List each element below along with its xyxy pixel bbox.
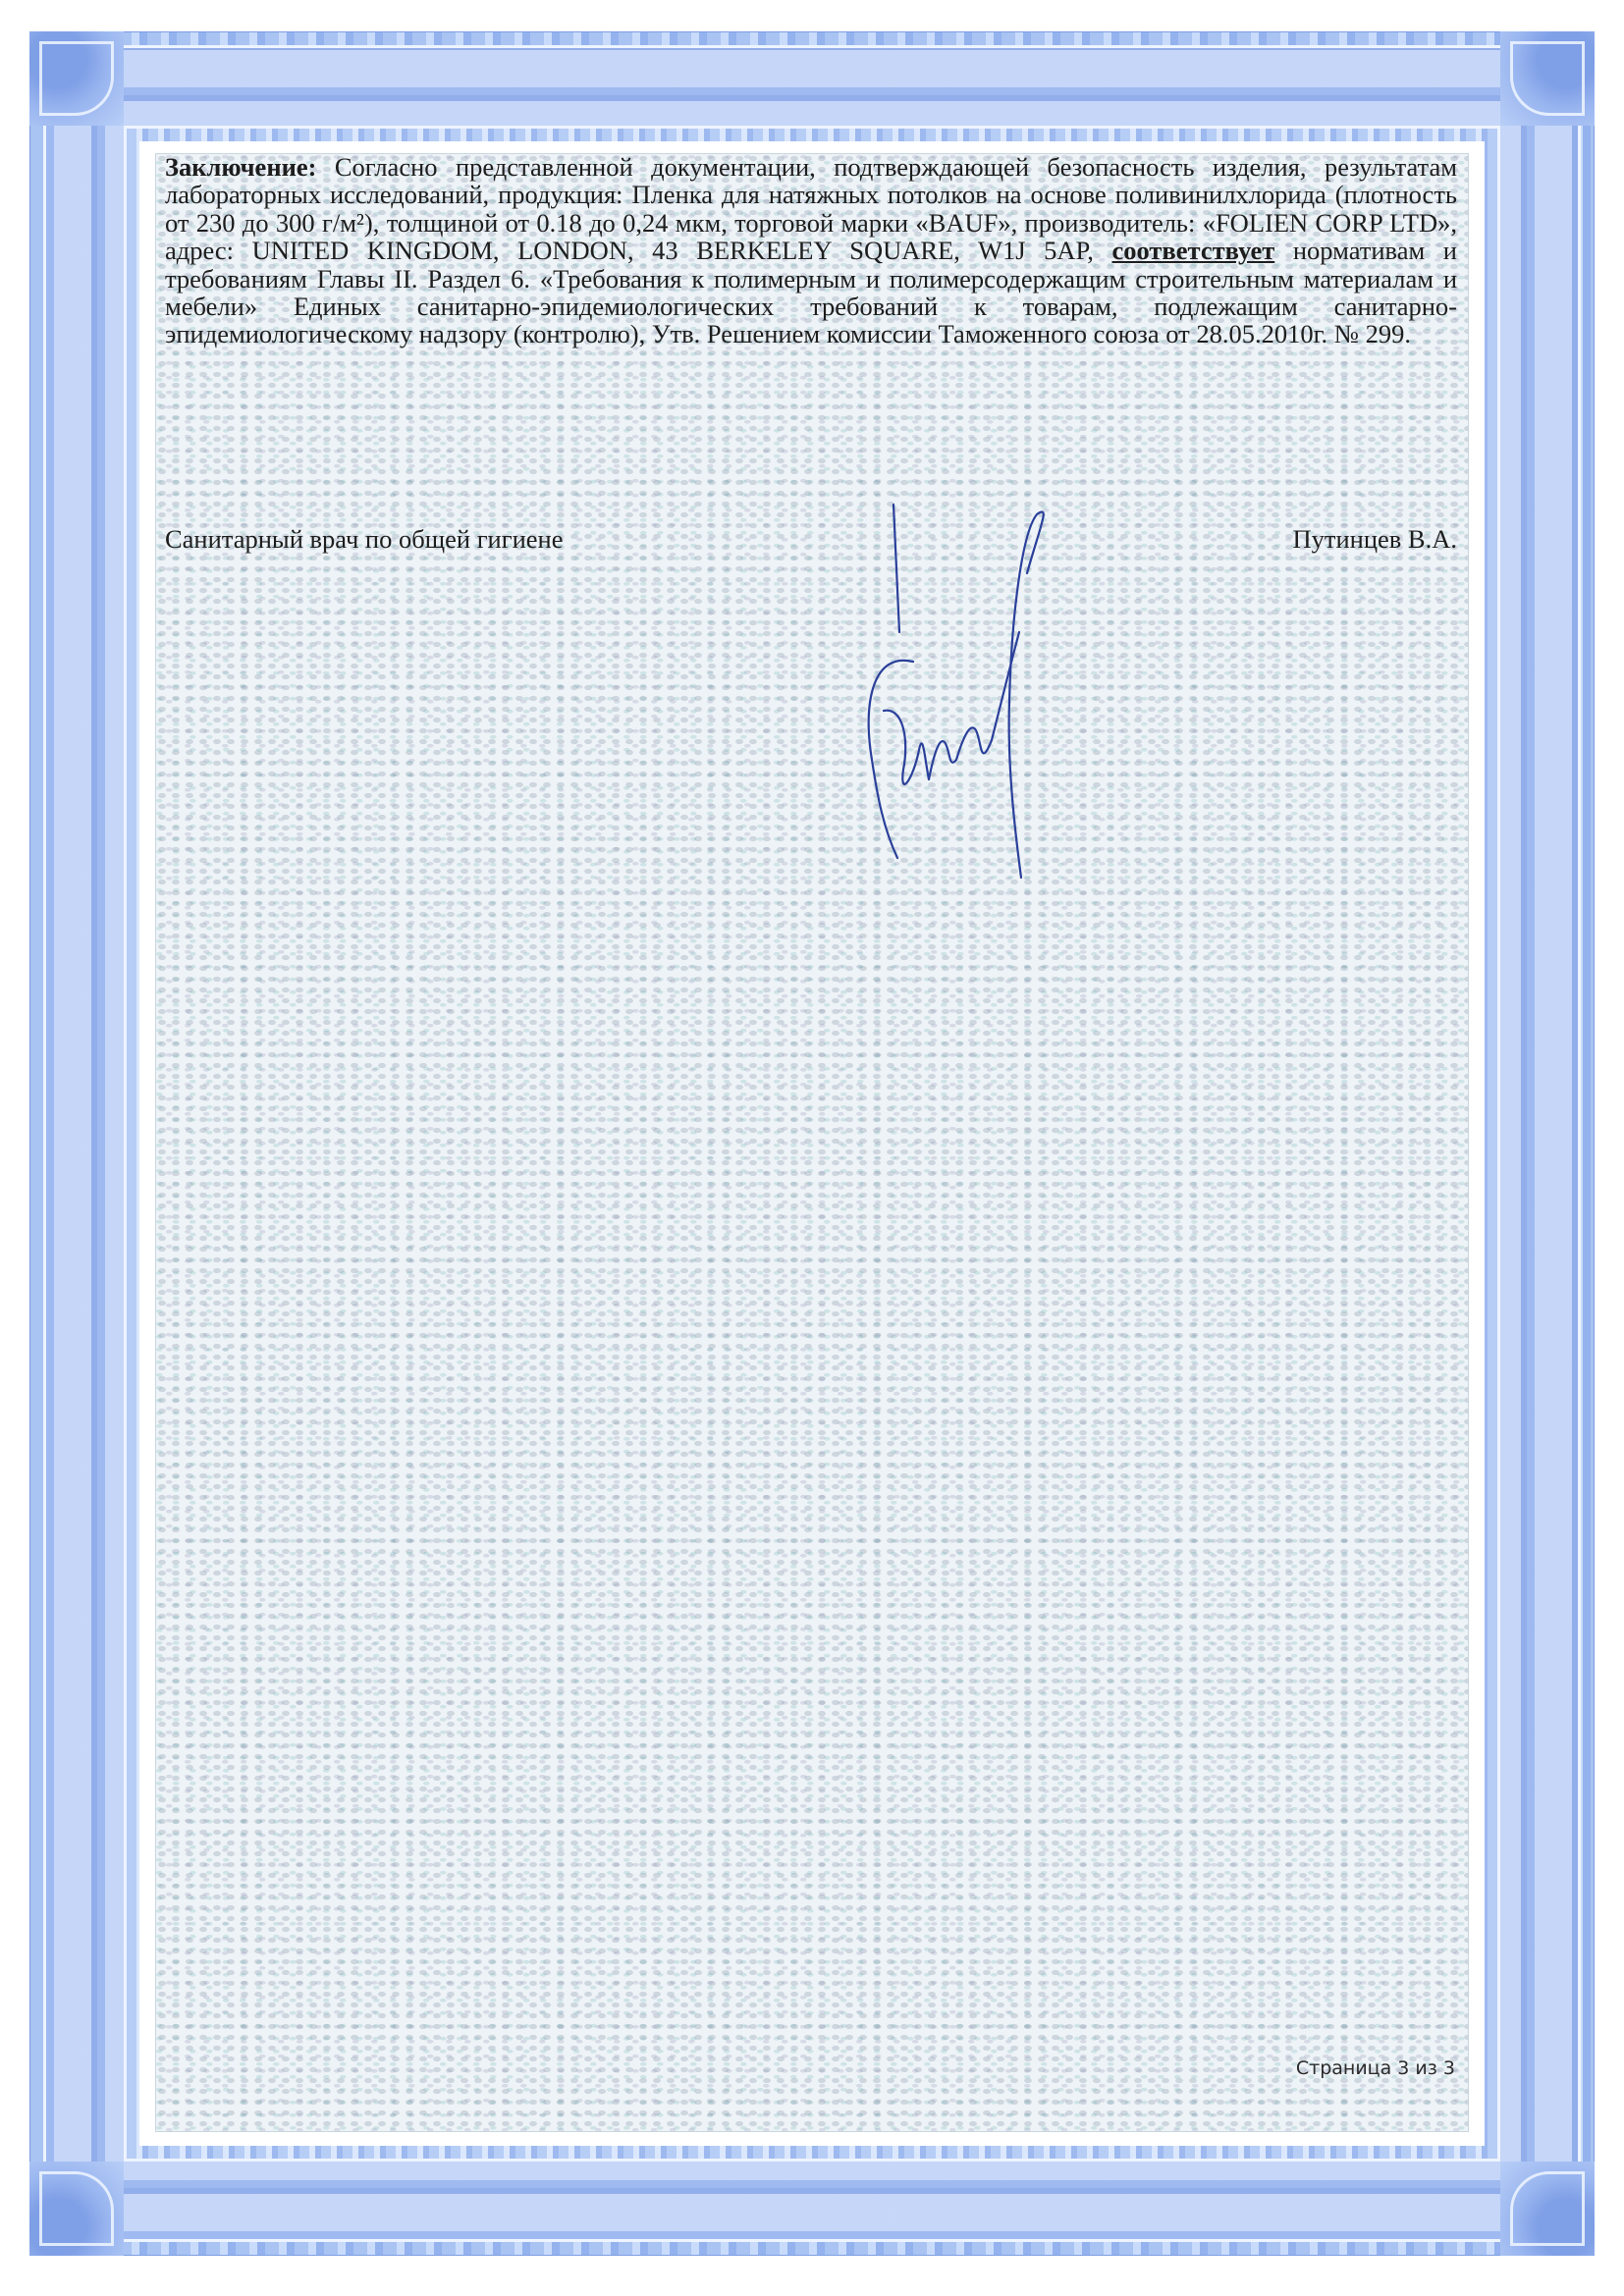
page-number: Страница 3 из 3 [1296,2057,1455,2079]
corner-ornament-icon [1500,2162,1595,2256]
document-body: Заключение: Согласно представленной доку… [155,153,1469,2132]
conclusion-verdict: соответствует [1112,236,1275,265]
conclusion-paragraph: Заключение: Согласно представленной доку… [165,153,1457,348]
corner-ornament-icon [29,2162,124,2256]
corner-ornament-icon [1500,31,1595,126]
conclusion-label: Заключение: [165,152,316,182]
signature-line: Санитарный врач по общей гигиене Путинце… [165,524,1457,554]
corner-ornament-icon [29,31,124,126]
handwritten-signature-icon [854,485,1051,897]
signatory-name: Путинцев В.А. [1293,524,1457,554]
signatory-position: Санитарный врач по общей гигиене [165,524,564,554]
